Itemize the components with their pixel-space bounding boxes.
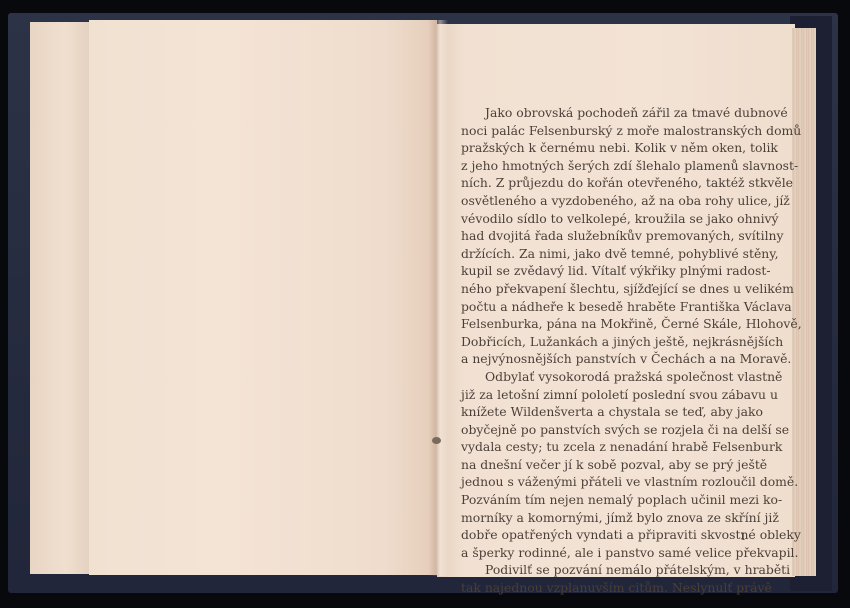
text-line: ních. Z průjezdu do kořán otevřeného, ta… [461,174,763,192]
text-line: knížete Wildenšverta a chystala se teď, … [461,403,763,421]
text-line: obyčejně po panstvích svých se rozjela č… [461,421,763,439]
page-binding-hole [432,437,441,444]
right-page-text: Jako obrovská pochodeň zářil za tmavé du… [461,104,763,597]
text-line: kupil se zvědavý lid. Vítalť výkřiky pln… [461,262,763,280]
text-line: počtu a nádheře k besedě hraběte Františ… [461,298,763,316]
text-line: pražských k černému nebi. Kolik v něm ok… [461,139,763,157]
text-line: Odbylať vysokorodá pražská společnost vl… [461,368,763,386]
text-line: Pozváním tím nejen nemalý poplach učinil… [461,491,763,509]
text-line: a šperky rodinné, ale i panstvo samé vel… [461,544,763,562]
text-line: Dobřicích, Lužankách a jiných ještě, nej… [461,333,763,351]
right-page-stack-edge [792,28,816,576]
text-line: z jeho hmotných šerých zdí šlehalo plame… [461,157,763,175]
left-page-stack-edge [30,22,92,574]
text-line: již za letošní zimní pololetí poslední s… [461,386,763,404]
text-line: a nejvýnosnějších panstvích v Čechách a … [461,350,763,368]
book-gutter [428,20,448,576]
text-line: Podivilť se pozvání nemálo přátelským, v… [461,561,763,579]
text-line: tak najednou vzplanuvším citům. Neslynul… [461,579,763,597]
text-line: osvětleného a vyzdobeného, až na oba roh… [461,192,763,210]
text-line: noci palác Felsenburský z moře malostran… [461,122,763,140]
text-line: vydala cesty; tu zcela z nenadání hrabě … [461,438,763,456]
text-line: držících. Za nimi, jako dvě temné, pohyb… [461,245,763,263]
text-line: vévodilo sídlo to velkolepé, kroužila se… [461,210,763,228]
text-line: had dvojitá řada služebníkův premovaných… [461,227,763,245]
text-line: Jako obrovská pochodeň zářil za tmavé du… [461,104,763,122]
text-line: ného překvapení šlechtu, sjížďející se d… [461,280,763,298]
text-line: jednou s váženými přáteli ve vlastním ro… [461,473,763,491]
text-line: na dnešní večer jí k sobě pozval, aby se… [461,456,763,474]
text-line: dobře opatřených vyndati a připraviti sk… [461,526,763,544]
text-line: Felsenburka, pána na Mokřině, Černé Skál… [461,315,763,333]
left-page-blank [89,20,437,575]
page-number: 1 [740,532,746,543]
text-line: morníky a komornými, jímž bylo znova ze … [461,509,763,527]
